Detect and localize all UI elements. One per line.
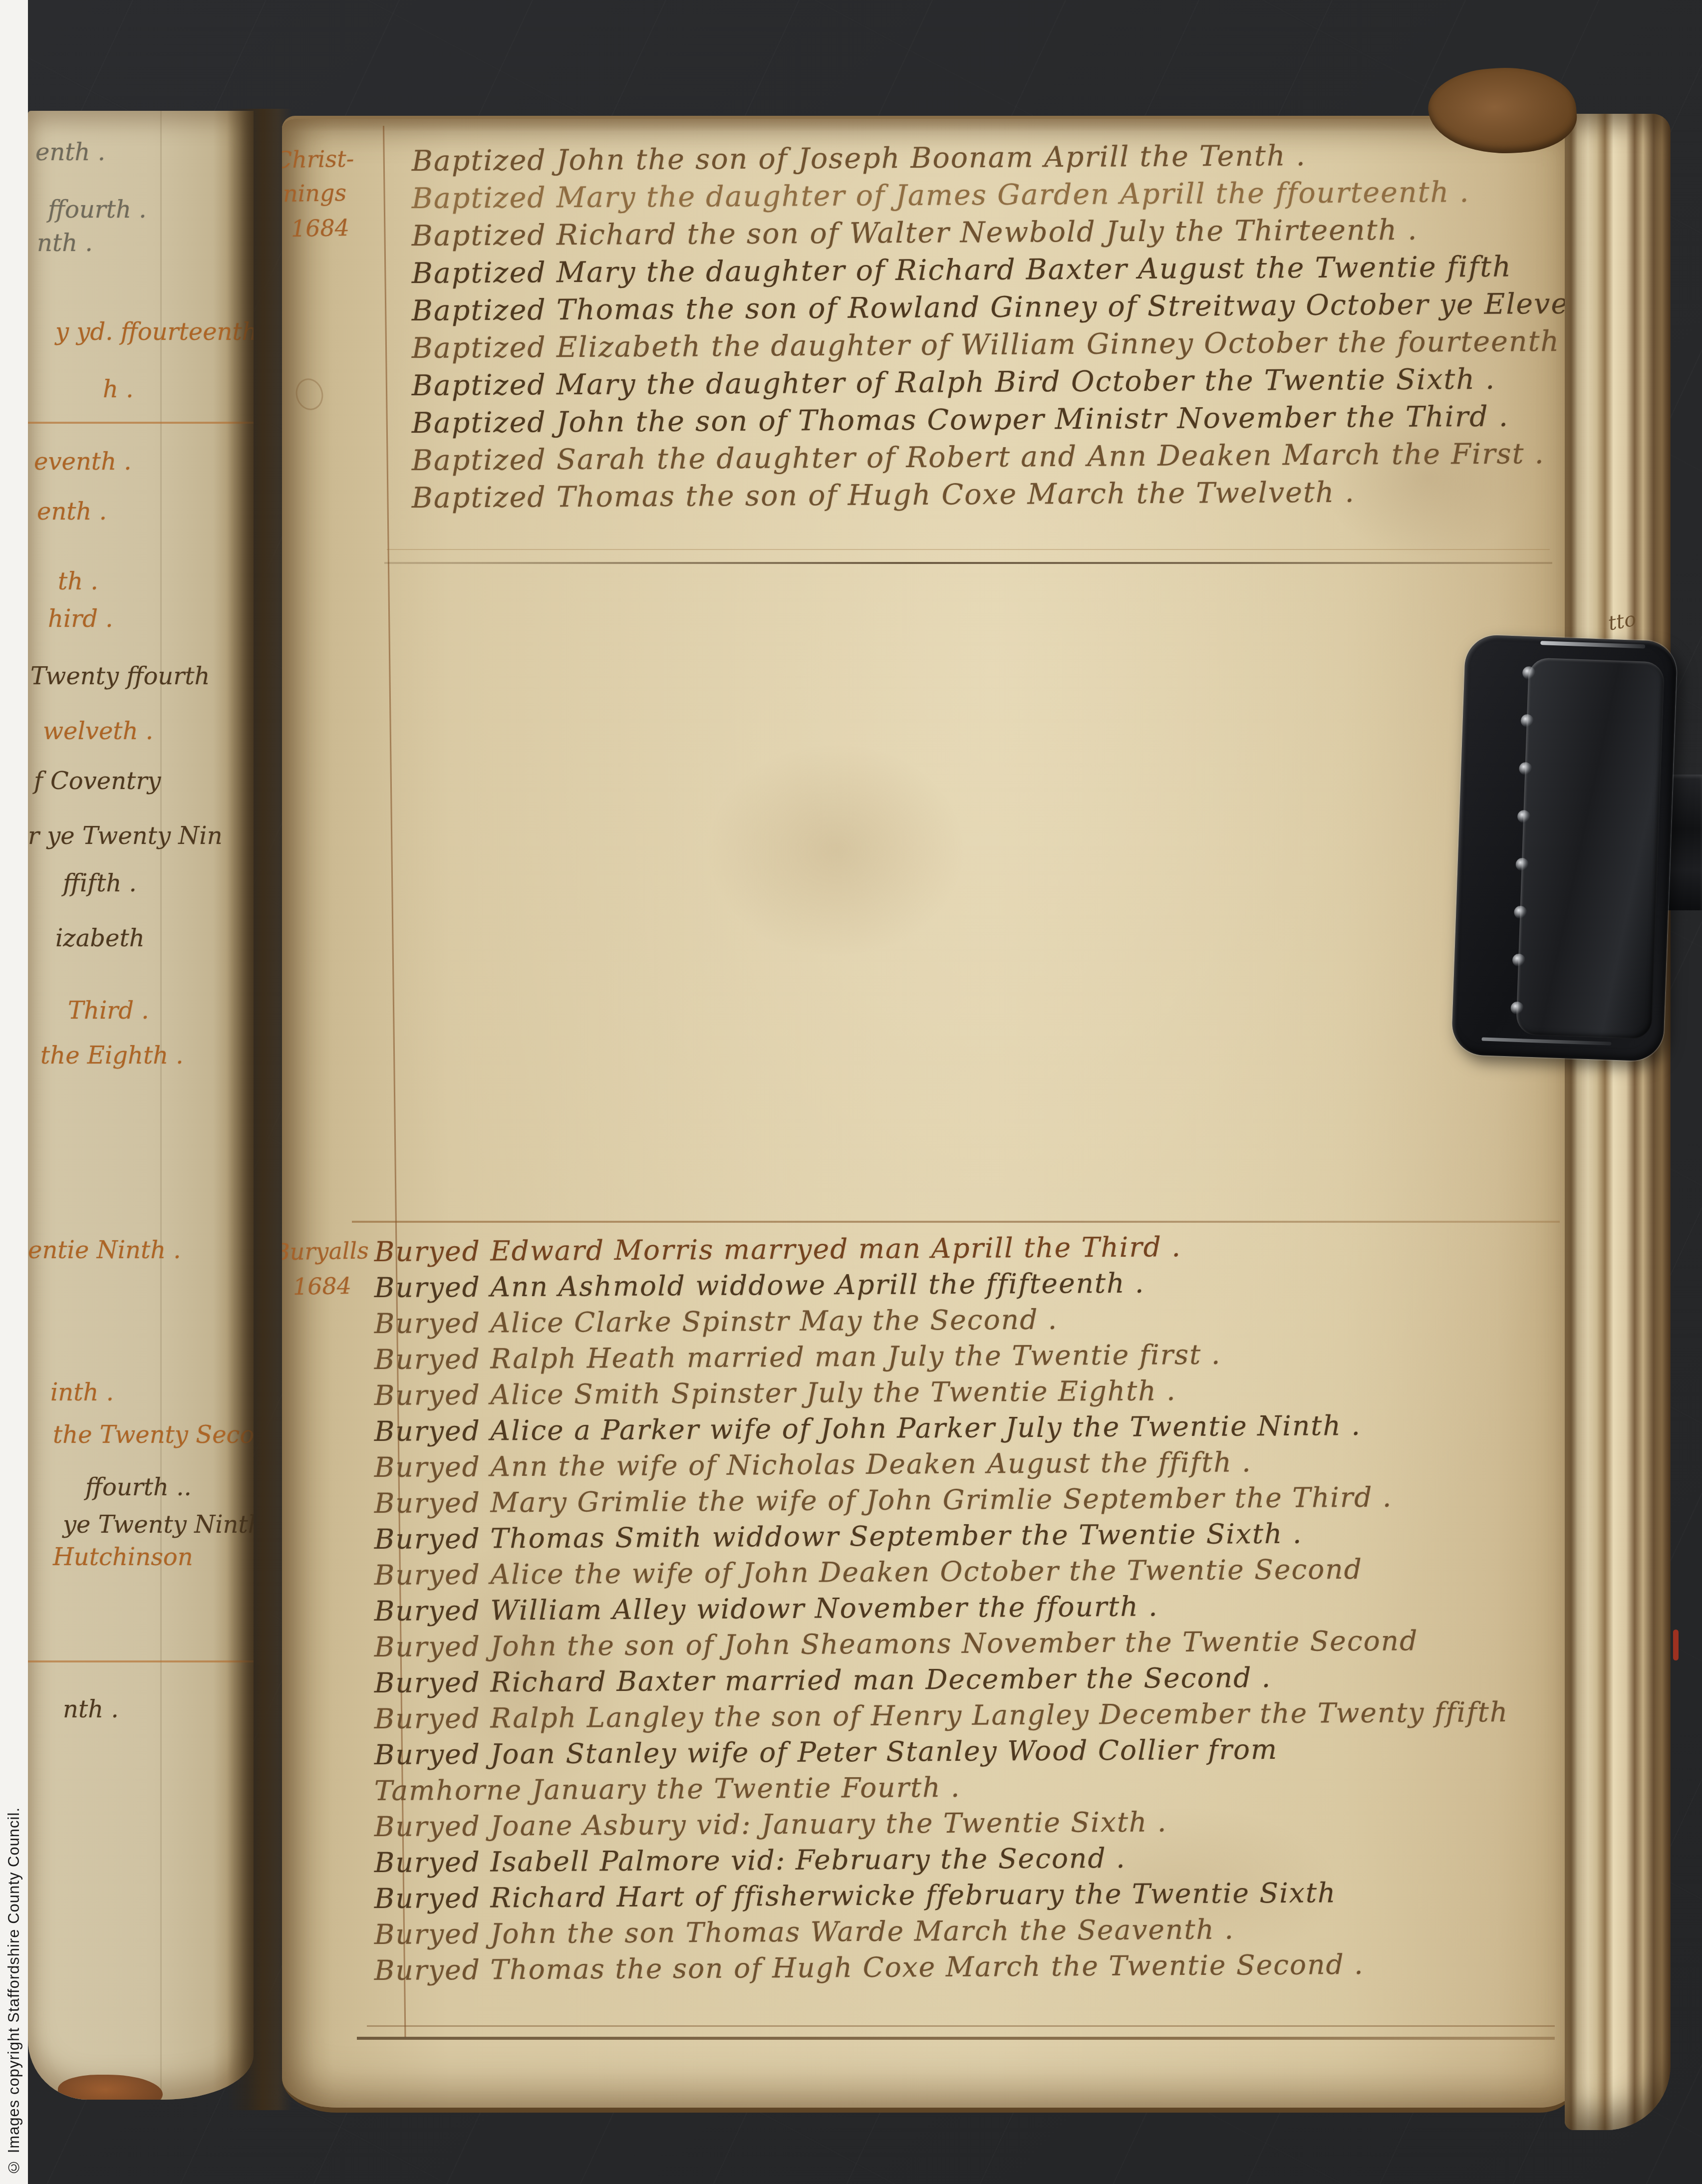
register-photograph: © Images copyright Staffordshire County … [0,0,1702,2184]
facing-page-text-fragment: enth . [35,138,105,166]
register-entry: Buryed Alice Clarke Spinstr May the Seco… [374,1302,1058,1342]
clip-highlight [1481,1037,1611,1045]
register-entry: Buryed Joane Asbury vid: January the Twe… [374,1804,1167,1845]
facing-page-text-fragment: nth . [37,229,93,257]
facing-page-text-fragment: y yd. ffourteenth [55,318,254,346]
book-clip [1451,634,1677,1062]
facing-page-text-fragment: the Eighth . [40,1042,184,1070]
section-divider-line [384,562,1552,564]
clip-inner-plate [1516,657,1665,1039]
facing-page-text-fragment: nth . [63,1695,119,1723]
ruled-line [367,2025,1555,2027]
register-entry: Buryed Ralph Langley the son of Henry La… [374,1694,1509,1737]
facing-page-text-fragment: ffifth . [63,869,137,897]
register-entry: Buryed Ralph Heath married man July the … [374,1337,1221,1377]
facing-page-edge: enth .ffourth .nth .y yd. ffourteenthh .… [28,111,254,2100]
christenings-heading-line: Christ- [282,143,354,176]
register-entry: Buryed Mary Grimlie the wife of John Gri… [374,1480,1393,1521]
register-entry: Baptized Thomas the son of Rowland Ginne… [412,285,1575,329]
clip-serration-glint [1522,666,1536,680]
red-edge-mark [1673,1630,1679,1660]
copyright-strip: © Images copyright Staffordshire County … [0,0,28,2184]
register-entry: Buryed Isabell Palmore vid: February the… [374,1841,1126,1881]
ruled-line [28,422,254,424]
register-entry: Baptized Elizabeth the daughter of Willi… [412,323,1560,367]
register-entry: Buryed Thomas the son of Hugh Coxe March… [374,1947,1364,1988]
christenings-heading-line: nings [283,177,346,209]
register-entry: Buryed William Alley widowr November the… [374,1589,1158,1629]
clip-serration-glint [1519,762,1532,776]
facing-page-text-fragment: inth . [50,1378,114,1406]
ink-doodle [292,375,327,413]
register-entry: Tamhorne January the Twentie Fourth . [374,1770,961,1809]
page-fold-line [160,111,162,2100]
register-entry: Baptized Mary the daughter of James Gard… [412,174,1470,217]
facing-page-text-fragment: entie Ninth . [28,1236,181,1264]
register-entry: Buryed Alice the wife of John Deaken Oct… [374,1552,1363,1593]
register-entry: Buryed John the son of John Sheamons Nov… [374,1623,1418,1665]
register-entry: Buryed Richard Hart of ffisherwicke ffeb… [374,1875,1337,1916]
register-entry: Baptized John the son of Thomas Cowper M… [412,398,1509,442]
facing-page-text-fragment: f Coventry [34,767,161,795]
burials-heading-line: Buryalls [282,1235,369,1267]
clip-serration-glint [1510,1001,1524,1015]
copyright-text: © Images copyright Staffordshire County … [5,1807,23,2176]
facing-page-text-fragment: ffourth .. [85,1473,192,1501]
facing-page-text-fragment: Twenty ffourth [30,662,210,690]
register-entry: Buryed Alice a Parker wife of John Parke… [374,1408,1361,1449]
ruled-line [357,2037,1555,2040]
register-page: Christ- nings 1684 Baptized John the son… [282,116,1575,2113]
parchment-stain [706,743,966,957]
section-divider-line [352,1221,1560,1223]
ruled-line [28,1660,254,1662]
facing-page-text-fragment: the Twenty Secon [53,1421,254,1449]
binding-damage-patch [58,2075,163,2100]
facing-page-text-fragment: welveth . [43,717,153,745]
register-entry: Buryed Edward Morris marryed man Aprill … [374,1229,1181,1270]
clip-serration-glint [1512,954,1526,967]
facing-page-text-fragment: Hutchinson [53,1543,193,1571]
facing-page-text-fragment: r ye Twenty Nin [28,822,223,850]
register-entry: Buryed Joan Stanley wife of Peter Stanle… [374,1732,1278,1773]
christenings-heading-line: 1684 [290,212,349,244]
clip-serration-glint [1514,906,1527,919]
register-entry: Baptized John the son of Joseph Boonam A… [412,137,1306,180]
facing-page-text-fragment: h . [103,375,133,403]
facing-page-text-fragment: ye Twenty Ninth [63,1511,254,1539]
clip-highlight [1540,641,1645,648]
register-entry: Buryed Thomas Smith widdowr September th… [374,1516,1303,1557]
edge-ink-mark: tto [1606,607,1638,635]
clip-serration-glint [1517,810,1531,823]
ruled-line [387,549,1550,550]
burials-heading-line: 1684 [292,1270,351,1302]
register-entry: Baptized Richard the son of Walter Newbo… [412,212,1418,255]
register-entry: Baptized Mary the daughter of Richard Ba… [412,249,1512,292]
facing-page-text-fragment: th . [58,567,98,595]
facing-page-text-fragment: izabeth [55,924,145,952]
facing-page-text-fragment: enth . [37,498,107,526]
register-entry: Buryed Ann the wife of Nicholas Deaken A… [374,1444,1252,1485]
facing-page-text-fragment: ffourth . [48,196,146,224]
register-entry: Buryed Ann Ashmold widdowe Aprill the ff… [374,1266,1145,1306]
page-top-edge [282,119,1575,132]
facing-page-text-fragment: hird . [48,605,113,633]
page-stack-fore-edge [1565,114,1671,2130]
register-entry: Buryed John the son Thomas Warde March t… [374,1911,1234,1952]
register-entry: Buryed Alice Smith Spinster July the Twe… [374,1373,1176,1413]
clip-serration-glint [1520,714,1534,728]
register-entry: Baptized Mary the daughter of Ralph Bird… [412,361,1496,404]
facing-page-text-fragment: eventh . [34,448,132,476]
register-entry: Baptized Thomas the son of Hugh Coxe Mar… [412,474,1355,517]
facing-page-text-fragment: Third . [68,997,149,1025]
register-entry: Buryed Richard Baxter married man Decemb… [374,1660,1272,1701]
clip-serration-glint [1515,858,1529,871]
register-entry: Baptized Sarah the daughter of Robert an… [412,435,1545,479]
